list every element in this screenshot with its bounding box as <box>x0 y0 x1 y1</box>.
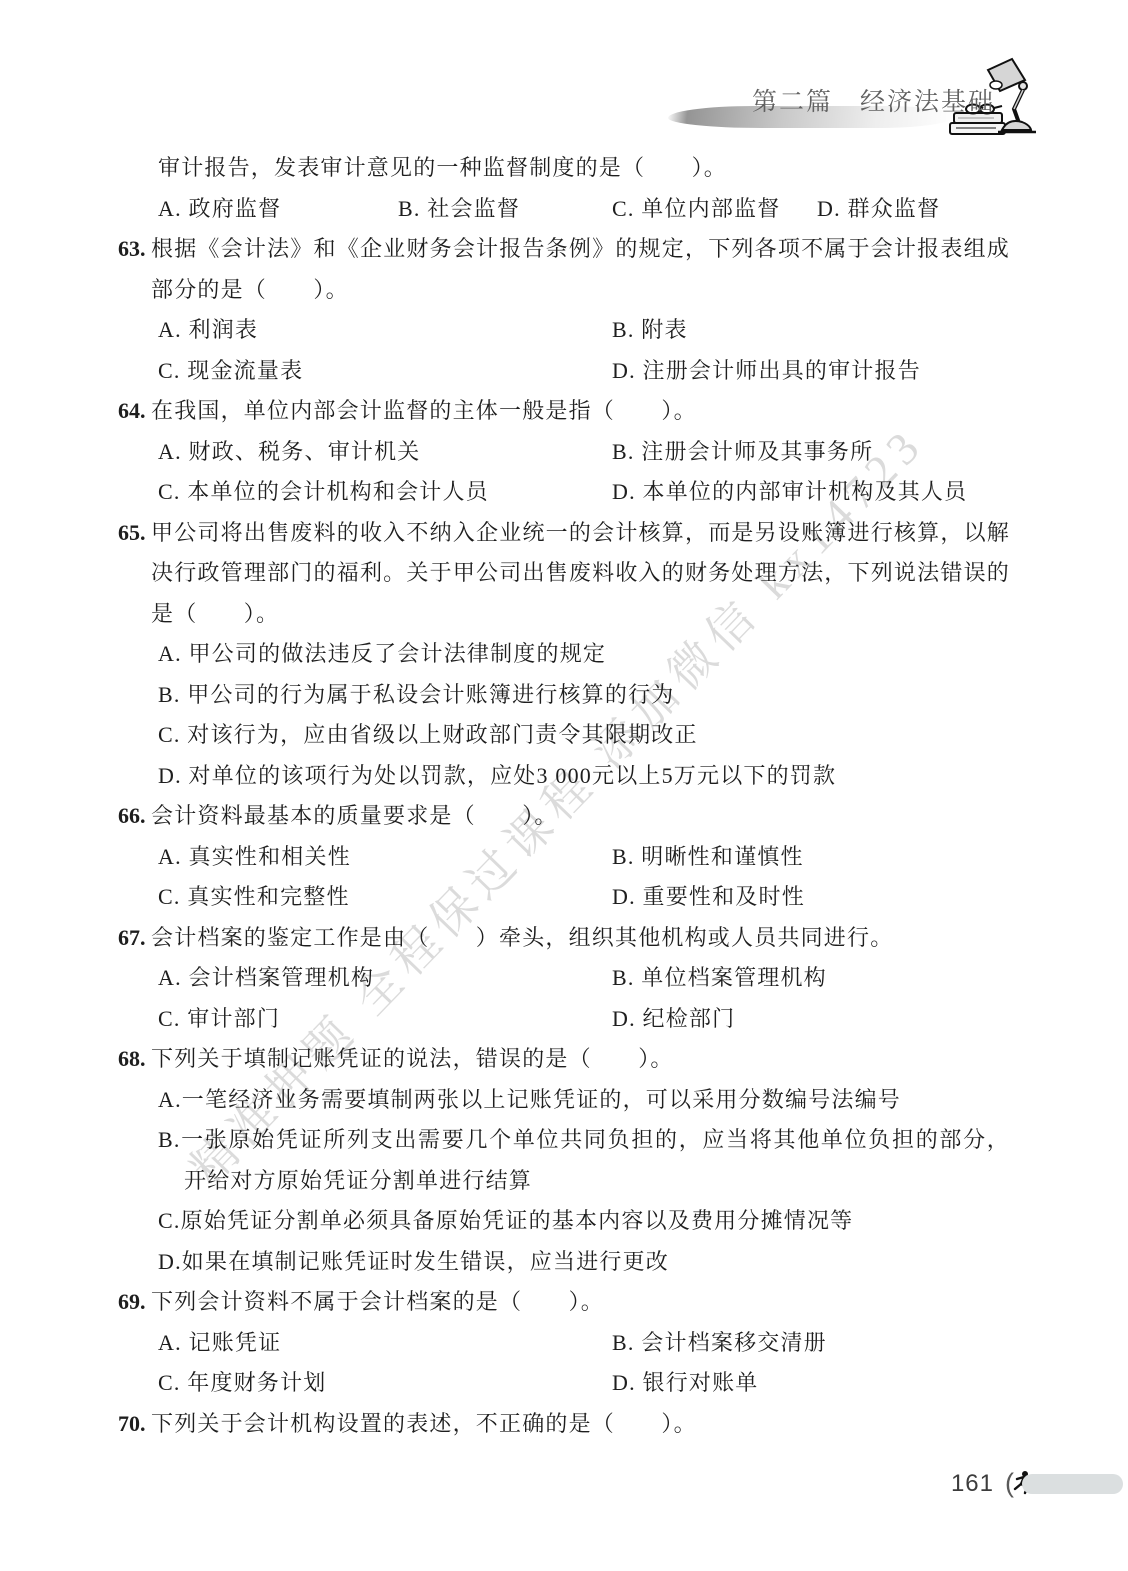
option-d: D.如果在填制记账凭证时发生错误，应当进行更改 <box>158 1242 1010 1283</box>
question-62-continued: 审计报告，发表审计意见的一种监督制度的是（ ）。 A. 政府监督 B. 社会监督… <box>118 148 1010 229</box>
option-d: D. 纪检部门 <box>612 999 1010 1040</box>
option-c: C. 单位内部监督 <box>612 189 817 230</box>
options-list: A.一笔经济业务需要填制两张以上记账凭证的，可以采用分数编号法编号 B.一张原始… <box>158 1080 1010 1283</box>
question-number: 63. <box>118 229 146 270</box>
question-number: 69. <box>118 1282 146 1323</box>
section-title: 第二篇 经济法基础 <box>752 82 995 118</box>
option-a: A. 甲公司的做法违反了会计法律制度的规定 <box>158 634 1010 675</box>
question-number: 65. <box>118 513 146 554</box>
option-c: C. 本单位的会计机构和会计人员 <box>158 472 612 513</box>
option-d: D. 银行对账单 <box>612 1363 1010 1404</box>
question-69: 69. 下列会计资料不属于会计档案的是（ ）。 A. 记账凭证 B. 会计档案移… <box>118 1282 1010 1404</box>
option-d: D. 重要性和及时性 <box>612 877 1010 918</box>
question-63: 63. 根据《会计法》和《企业财务会计报告条例》的规定，下列各项不属于会计报表组… <box>118 229 1010 391</box>
question-70: 70. 下列关于会计机构设置的表述，不正确的是（ ）。 <box>118 1404 1010 1445</box>
question-stem: 下列关于会计机构设置的表述，不正确的是（ ）。 <box>151 1404 1010 1445</box>
option-c: C.原始凭证分割单必须具备原始凭证的基本内容以及费用分摊情况等 <box>158 1201 1010 1242</box>
question-stem: 甲公司将出售废料的收入不纳入企业统一的会计核算，而是另设账簿进行核算，以解决行政… <box>151 513 1010 635</box>
option-c: C. 真实性和完整性 <box>158 877 612 918</box>
option-a: A. 记账凭证 <box>158 1323 612 1364</box>
option-b: B.一张原始凭证所列支出需要几个单位共同负担的，应当将其他单位负担的部分，开给对… <box>158 1120 1010 1201</box>
option-d: D. 注册会计师出具的审计报告 <box>612 351 1010 392</box>
question-number: 64. <box>118 391 146 432</box>
question-stem: 在我国，单位内部会计监督的主体一般是指（ ）。 <box>151 391 1010 432</box>
option-a: A. 真实性和相关性 <box>158 837 612 878</box>
question-stem: 会计档案的鉴定工作是由（ ）牵头，组织其他机构或人员共同进行。 <box>151 918 1010 959</box>
page-footer: 161 ( <box>0 1468 1128 1500</box>
question-64: 64. 在我国，单位内部会计监督的主体一般是指（ ）。 A. 财政、税务、审计机… <box>118 391 1010 513</box>
options-grid: A. 利润表 B. 附表 C. 现金流量表 D. 注册会计师出具的审计报告 <box>158 310 1010 391</box>
option-b: B. 注册会计师及其事务所 <box>612 432 1010 473</box>
option-d: D. 群众监督 <box>817 189 1010 230</box>
option-a: A. 政府监督 <box>158 189 398 230</box>
question-stem: 根据《会计法》和《企业财务会计报告条例》的规定，下列各项不属于会计报表组成部分的… <box>151 229 1010 310</box>
option-a: A. 会计档案管理机构 <box>158 958 612 999</box>
option-b: B. 会计档案移交清册 <box>612 1323 1010 1364</box>
question-number: 66. <box>118 796 146 837</box>
option-c: C. 对该行为，应由省级以上财政部门责令其限期改正 <box>158 715 1010 756</box>
option-b: B. 单位档案管理机构 <box>612 958 1010 999</box>
question-68: 68. 下列关于填制记账凭证的说法，错误的是（ ）。 A.一笔经济业务需要填制两… <box>118 1039 1010 1282</box>
option-b: B. 明晰性和谨慎性 <box>612 837 1010 878</box>
options-grid: A. 记账凭证 B. 会计档案移交清册 C. 年度财务计划 D. 银行对账单 <box>158 1323 1010 1404</box>
footer-bar-decoration <box>1022 1474 1123 1494</box>
questions-area: 审计报告，发表审计意见的一种监督制度的是（ ）。 A. 政府监督 B. 社会监督… <box>118 148 1010 1444</box>
question-number: 67. <box>118 918 146 959</box>
option-d: D. 对单位的该项行为处以罚款，应处3 000元以上5万元以下的罚款 <box>158 756 1010 797</box>
options-grid: A. 财政、税务、审计机关 B. 注册会计师及其事务所 C. 本单位的会计机构和… <box>158 432 1010 513</box>
question-number: 70. <box>118 1404 146 1445</box>
option-a: A. 财政、税务、审计机关 <box>158 432 612 473</box>
option-a: A.一笔经济业务需要填制两张以上记账凭证的，可以采用分数编号法编号 <box>158 1080 1010 1121</box>
option-c: C. 审计部门 <box>158 999 612 1040</box>
option-b: B. 甲公司的行为属于私设会计账簿进行核算的行为 <box>158 675 1010 716</box>
option-b: B. 附表 <box>612 310 1010 351</box>
question-stem: 下列会计资料不属于会计档案的是（ ）。 <box>151 1282 1010 1323</box>
question-stem: 会计资料最基本的质量要求是（ ）。 <box>151 796 1010 837</box>
question-66: 66. 会计资料最基本的质量要求是（ ）。 A. 真实性和相关性 B. 明晰性和… <box>118 796 1010 918</box>
option-c: C. 现金流量表 <box>158 351 612 392</box>
page-number: 161 <box>951 1470 994 1498</box>
question-65: 65. 甲公司将出售废料的收入不纳入企业统一的会计核算，而是另设账簿进行核算，以… <box>118 513 1010 797</box>
options-grid: A. 真实性和相关性 B. 明晰性和谨慎性 C. 真实性和完整性 D. 重要性和… <box>158 837 1010 918</box>
options-list: A. 甲公司的做法违反了会计法律制度的规定 B. 甲公司的行为属于私设会计账簿进… <box>158 634 1010 796</box>
question-stem: 审计报告，发表审计意见的一种监督制度的是（ ）。 <box>158 148 1010 189</box>
option-d: D. 本单位的内部审计机构及其人员 <box>612 472 1010 513</box>
question-67: 67. 会计档案的鉴定工作是由（ ）牵头，组织其他机构或人员共同进行。 A. 会… <box>118 918 1010 1040</box>
option-c: C. 年度财务计划 <box>158 1363 612 1404</box>
option-b: B. 社会监督 <box>398 189 612 230</box>
options-row: A. 政府监督 B. 社会监督 C. 单位内部监督 D. 群众监督 <box>158 189 1010 230</box>
options-grid: A. 会计档案管理机构 B. 单位档案管理机构 C. 审计部门 D. 纪检部门 <box>158 958 1010 1039</box>
question-stem: 下列关于填制记账凭证的说法，错误的是（ ）。 <box>151 1039 1010 1080</box>
question-number: 68. <box>118 1039 146 1080</box>
option-a: A. 利润表 <box>158 310 612 351</box>
